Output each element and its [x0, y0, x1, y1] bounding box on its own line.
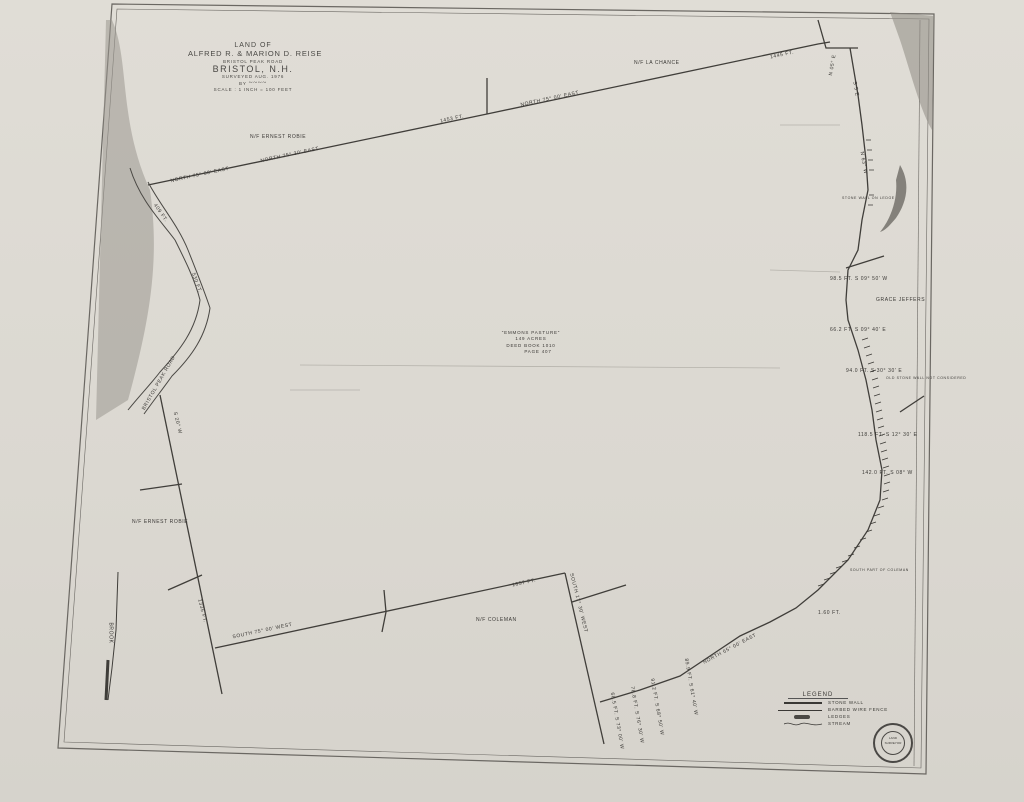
title-owners: ALFRED R. & MARION D. REISE — [188, 50, 318, 59]
ledges-symbol-icon — [784, 714, 824, 720]
title-by-label: BY — [239, 81, 247, 86]
wire-note: SOUTH PART OF COLEMAN — [850, 568, 909, 572]
abutter-north-west: N/F ERNEST ROBIE — [250, 134, 306, 140]
bearing-east-seg4: 118.5 FT. S 12° 30' E — [858, 432, 917, 438]
legend-item-barbed-wire: BARBED WIRE FENCE — [784, 706, 894, 713]
legend-item-stream: STREAM — [784, 720, 894, 727]
legend-item-stone-wall: STONE WALL — [784, 699, 894, 706]
stone-wall-symbol-icon — [784, 700, 824, 706]
abutter-south: N/F COLEMAN — [476, 617, 517, 623]
bearing-east-seg1: 98.5 FT. S 09° 50' W — [830, 276, 888, 282]
wire-note-2: OLD STONE WALL NOT CONSIDERED — [886, 376, 966, 380]
parcel-page: PAGE 407 — [496, 349, 566, 355]
parcel-deed-book: DEED BOOK 1010 — [506, 343, 555, 348]
stone-wall-hatching — [818, 140, 890, 586]
legend: LEGEND STONE WALL BARBED WIRE FENCE LEDG… — [784, 692, 894, 727]
abutter-south-west: N/F ERNEST ROBIE — [132, 519, 188, 525]
stream-symbol-icon — [784, 721, 824, 727]
legend-label: STONE WALL — [828, 700, 864, 705]
seal-text: LAND SURVEYOR — [882, 736, 904, 746]
title-scale: SCALE : 1 INCH = 100 FEET — [188, 87, 318, 92]
ledge-note: STONE WALL ON LEDGE — [842, 196, 895, 200]
survey-map — [0, 0, 1024, 802]
legend-title: LEGEND — [788, 692, 848, 699]
surveyor-seal: LAND SURVEYOR — [873, 723, 913, 763]
sheet-border — [58, 4, 934, 774]
abutter-east: GRACE JEFFERS — [876, 297, 925, 303]
legend-label: LEDGES — [828, 714, 850, 719]
title-block: LAND OF ALFRED R. & MARION D. REISE BRIS… — [188, 42, 318, 93]
bearing-east-seg6: 1.60 FT. — [818, 610, 841, 616]
legend-label: STREAM — [828, 721, 851, 726]
abutter-north-east: N/F LA CHANCE — [634, 60, 680, 66]
bearing-east-seg2: 66.2 FT. S 09° 40' E — [830, 327, 886, 333]
parcel-label: "EMMONS PASTURE" 149 ACRES DEED BOOK 101… — [496, 330, 566, 355]
bearing-east-seg3: 94.0 FT. S 30° 30' E — [846, 368, 902, 374]
title-by: BY ~~~~ — [188, 79, 318, 87]
legend-item-ledges: LEDGES — [784, 713, 894, 720]
title-town: BRISTOL, N.H. — [188, 64, 318, 74]
parcel-boundary — [140, 20, 924, 744]
barbed-wire-symbol-icon — [784, 707, 824, 713]
signature: ~~~~ — [249, 79, 267, 87]
survey-sheet: LAND OF ALFRED R. & MARION D. REISE BRIS… — [0, 0, 1024, 802]
stream-label: BROOK — [108, 622, 114, 643]
seal-center: LAND SURVEYOR — [881, 731, 905, 755]
bearing-east-seg5: 142.0 FT. S 08° W — [862, 470, 913, 476]
legend-label: BARBED WIRE FENCE — [828, 707, 888, 712]
parcel-deed: DEED BOOK 1010 — [496, 343, 566, 349]
